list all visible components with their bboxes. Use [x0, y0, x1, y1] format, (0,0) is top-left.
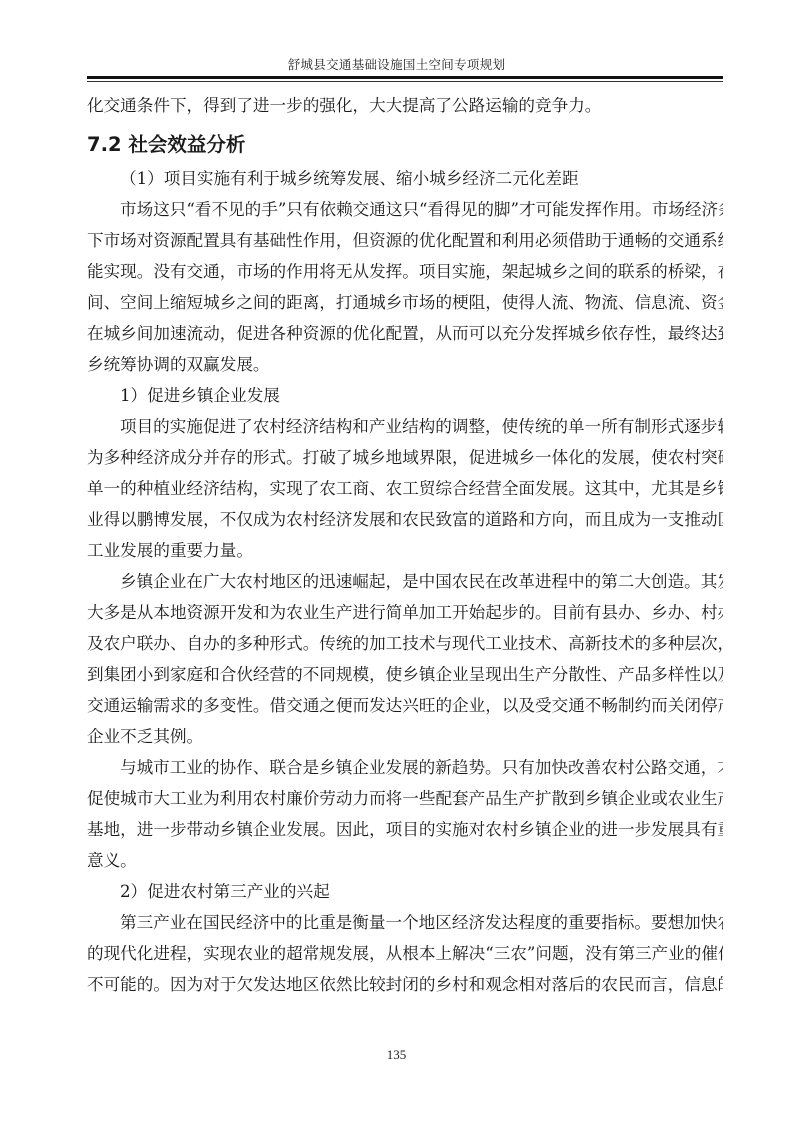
paragraph-line: 的现代化进程，实现农业的超常规发展，从根本上解决“三农”问题，没有第三产业的催化… [87, 938, 723, 969]
paragraph-line: 工业发展的重要力量。 [87, 535, 723, 566]
continuation-line: 化交通条件下，得到了进一步的强化，大大提高了公路运输的竞争力。 [87, 90, 723, 121]
paragraph: 乡镇企业在广大农村地区的迅速崛起，是中国农民在改革进程中的第二大创造。其发展 大… [87, 566, 723, 752]
paragraph-line: 下市场对资源配置具有基础性作用，但资源的优化配置和利用必须借助于通畅的交通系统才 [87, 225, 723, 256]
header-rule [87, 76, 723, 79]
page-body: 化交通条件下，得到了进一步的强化，大大提高了公路运输的竞争力。 7.2 社会效益… [87, 90, 723, 1000]
paragraph-line: 单一的种植业经济结构，实现了农工商、农工贸综合经营全面发展。这其中，尤其是乡镇企 [87, 473, 723, 504]
paragraph-line: 基地，进一步带动乡镇企业发展。因此，项目的实施对农村乡镇企业的进一步发展具有重要 [87, 814, 723, 845]
section-heading: 7.2 社会效益分析 [87, 133, 723, 157]
paragraph: 项目的实施促进了农村经济结构和产业结构的调整，使传统的单一所有制形式逐步转变 为… [87, 411, 723, 566]
paragraph-line: 大多是从本地资源开发和为农业生产进行简单加工开始起步的。目前有县办、乡办、村办以 [87, 597, 723, 628]
list-item-heading: 2）促进农村第三产业的兴起 [87, 876, 723, 907]
paragraph: 与城市工业的协作、联合是乡镇企业发展的新趋势。只有加快改善农村公路交通，才能 促… [87, 752, 723, 876]
header-rule-thin [87, 81, 723, 82]
paragraph-line: 间、空间上缩短城乡之间的距离，打通城乡市场的梗阻，使得人流、物流、信息流、资金流 [87, 287, 723, 318]
paragraph-line: 乡统筹协调的双赢发展。 [87, 349, 723, 380]
list-item-heading: 1）促进乡镇企业发展 [87, 380, 723, 411]
paragraph-line: 交通运输需求的多变性。借交通之便而发达兴旺的企业，以及受交通不畅制约而关闭停产的 [87, 690, 723, 721]
paragraph: 第三产业在国民经济中的比重是衡量一个地区经济发达程度的重要指标。要想加快农业 的… [87, 907, 723, 1000]
paragraph-line: 企业不乏其例。 [87, 721, 723, 752]
paragraph-line: 能实现。没有交通，市场的作用将无从发挥。项目实施，架起城乡之间的联系的桥梁，在时 [87, 256, 723, 287]
subheading: （1）项目实施有利于城乡统筹发展、缩小城乡经济二元化差距 [87, 163, 723, 194]
paragraph-line: 到集团小到家庭和合伙经营的不同规模，使乡镇企业呈现出生产分散性、产品多样性以及对 [87, 659, 723, 690]
paragraph-line: 市场这只“看不见的手”只有依赖交通这只“看得见的脚”才可能发挥作用。市场经济条件 [87, 194, 723, 225]
paragraph: 市场这只“看不见的手”只有依赖交通这只“看得见的脚”才可能发挥作用。市场经济条件… [87, 194, 723, 380]
paragraph-line: 业得以鹏博发展，不仅成为农村经济发展和农民致富的道路和方向，而且成为一支推动区域 [87, 504, 723, 535]
paragraph-line: 乡镇企业在广大农村地区的迅速崛起，是中国农民在改革进程中的第二大创造。其发展 [87, 566, 723, 597]
paragraph-line: 不可能的。因为对于欠发达地区依然比较封闭的乡村和观念相对落后的农民而言，信息的极 [87, 969, 723, 1000]
paragraph-line: 在城乡间加速流动，促进各种资源的优化配置，从而可以充分发挥城乡依存性，最终达到城 [87, 318, 723, 349]
paragraph-line: 及农户联办、自办的多种形式。传统的加工技术与现代工业技术、高新技术的多种层次，大 [87, 628, 723, 659]
paragraph-line: 促使城市大工业为利用农村廉价劳动力而将一些配套产品生产扩散到乡镇企业或农业生产 [87, 783, 723, 814]
paragraph-line: 项目的实施促进了农村经济结构和产业结构的调整，使传统的单一所有制形式逐步转变 [87, 411, 723, 442]
paragraph-line: 意义。 [87, 845, 723, 876]
page-number: 135 [0, 1047, 793, 1063]
document-title: 舒城县交通基础设施国土空间专项规划 [0, 55, 793, 73]
paragraph-line: 为多种经济成分并存的形式。打破了城乡地域界限，促进城乡一体化的发展，使农村突破了 [87, 442, 723, 473]
paragraph-line: 第三产业在国民经济中的比重是衡量一个地区经济发达程度的重要指标。要想加快农业 [87, 907, 723, 938]
paragraph-line: 与城市工业的协作、联合是乡镇企业发展的新趋势。只有加快改善农村公路交通，才能 [87, 752, 723, 783]
